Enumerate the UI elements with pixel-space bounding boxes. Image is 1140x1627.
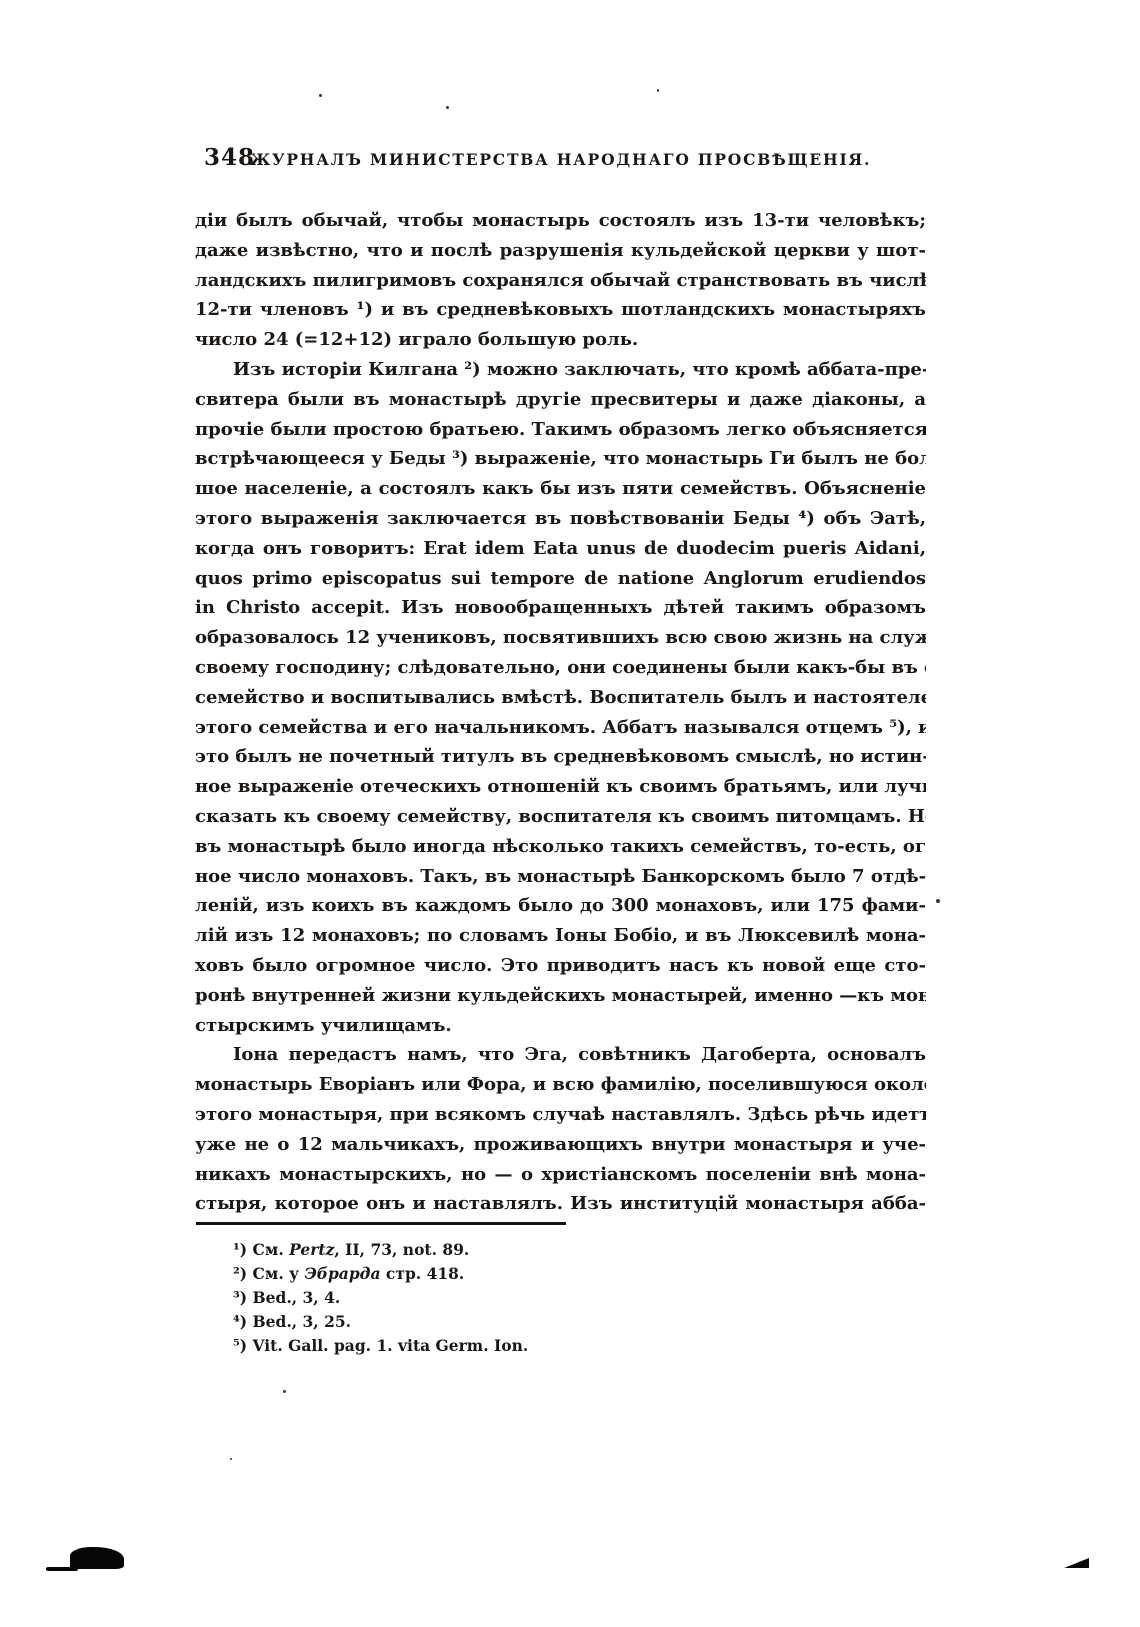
- text-line: прочіе были простою братьею. Такимъ обра…: [195, 415, 926, 445]
- running-header-journal-title: ЖУРНАЛЪ МИНИСТЕРСТВА НАРОДНАГО ПРОСВѢЩЕН…: [195, 150, 926, 169]
- text-line: въ монастырѣ было иногда нѣсколько таких…: [195, 832, 926, 862]
- text-line: ховъ было огромное число. Это приводитъ …: [195, 951, 926, 981]
- text-line: это былъ не почетный титулъ въ средневѣк…: [195, 742, 926, 772]
- text-line: свитера были въ монастырѣ другіе пресвит…: [195, 385, 926, 415]
- text-line: ное выраженіе отеческихъ отношеній къ св…: [195, 772, 926, 802]
- footnotes-list: ¹) См. Pertz, II, 73, not. 89.²) См. у Э…: [233, 1238, 923, 1358]
- text-line: этого выраженія заключается въ повѣствов…: [195, 504, 926, 534]
- text-line: встрѣчающееся у Беды ³) выраженіе, что м…: [195, 444, 926, 474]
- text-line: Изъ исторіи Килгана ²) можно заключать, …: [195, 355, 926, 385]
- corner-ink-mark: [1064, 1558, 1089, 1568]
- text-line: шое населеніе, а состоялъ какъ бы изъ пя…: [195, 474, 926, 504]
- text-line: даже извѣстно, что и послѣ разрушенія ку…: [195, 236, 926, 266]
- text-line: семейство и воспитывались вмѣстѣ. Воспит…: [195, 683, 926, 713]
- text-line: число 24 (=12+12) играло большую роль.: [195, 325, 926, 355]
- text-line: лій изъ 12 монаховъ; по словамъ Іоны Боб…: [195, 921, 926, 951]
- text-line: ронѣ внутренней жизни кульдейскихъ монас…: [195, 981, 926, 1011]
- text-line: ландскихъ пилигримовъ сохранялся обычай …: [195, 266, 926, 296]
- text-line: діи былъ обычай, чтобы монастырь состоял…: [195, 206, 926, 236]
- ink-speck: [319, 94, 322, 97]
- ink-speck: [446, 106, 449, 109]
- text-line: 12-ти членовъ ¹) и въ средневѣковыхъ шот…: [195, 295, 926, 325]
- ink-speck: [230, 1458, 232, 1460]
- text-line: ное число монаховъ. Такъ, въ монастырѣ Б…: [195, 862, 926, 892]
- footnote-item: ⁵) Vit. Gall. pag. 1. vita Germ. Ion.: [233, 1334, 923, 1358]
- text-line: стырскимъ училищамъ.: [195, 1011, 926, 1041]
- ink-speck: [936, 899, 940, 903]
- text-line: когда онъ говоритъ: Erat idem Eata unus …: [195, 534, 926, 564]
- text-line: образовалось 12 учениковъ, посвятившихъ …: [195, 623, 926, 653]
- ink-blot: [70, 1547, 124, 1569]
- text-line: монастырь Еворіанъ или Фора, и всю фамил…: [195, 1070, 926, 1100]
- text-line: quos primo episcopatus sui tempore de na…: [195, 564, 926, 594]
- text-line: сказать къ своему семейству, воспитателя…: [195, 802, 926, 832]
- footnote-separator-rule: [196, 1222, 566, 1225]
- text-line: своему господину; слѣдовательно, они сое…: [195, 653, 926, 683]
- footnote-item: ⁴) Bed., 3, 25.: [233, 1310, 923, 1334]
- footnote-item: ³) Bed., 3, 4.: [233, 1286, 923, 1310]
- ink-speck: [283, 1390, 286, 1393]
- text-line: in Christo accepit. Изъ новообращенныхъ …: [195, 593, 926, 623]
- text-line: никахъ монастырскихъ, но — о христіанско…: [195, 1160, 926, 1190]
- text-line: этого семейства и его начальникомъ. Абба…: [195, 713, 926, 743]
- text-line: стыря, которое онъ и наставлялъ. Изъ инс…: [195, 1189, 926, 1219]
- text-line: уже не о 12 мальчикахъ, проживающихъ вну…: [195, 1130, 926, 1160]
- text-line: этого монастыря, при всякомъ случаѣ наст…: [195, 1100, 926, 1130]
- scanned-book-page: 348 ЖУРНАЛЪ МИНИСТЕРСТВА НАРОДНАГО ПРОСВ…: [0, 0, 1140, 1627]
- ink-blot-tail: [46, 1567, 78, 1571]
- ink-speck: [657, 89, 659, 92]
- text-block: діи былъ обычай, чтобы монастырь состоял…: [195, 206, 926, 1219]
- text-line: Іона передастъ намъ, что Эга, совѣтникъ …: [195, 1040, 926, 1070]
- text-line: леній, изъ коихъ въ каждомъ было до 300 …: [195, 891, 926, 921]
- footnote-item: ²) См. у Эбрарда стр. 418.: [233, 1262, 923, 1286]
- footnote-item: ¹) См. Pertz, II, 73, not. 89.: [233, 1238, 923, 1262]
